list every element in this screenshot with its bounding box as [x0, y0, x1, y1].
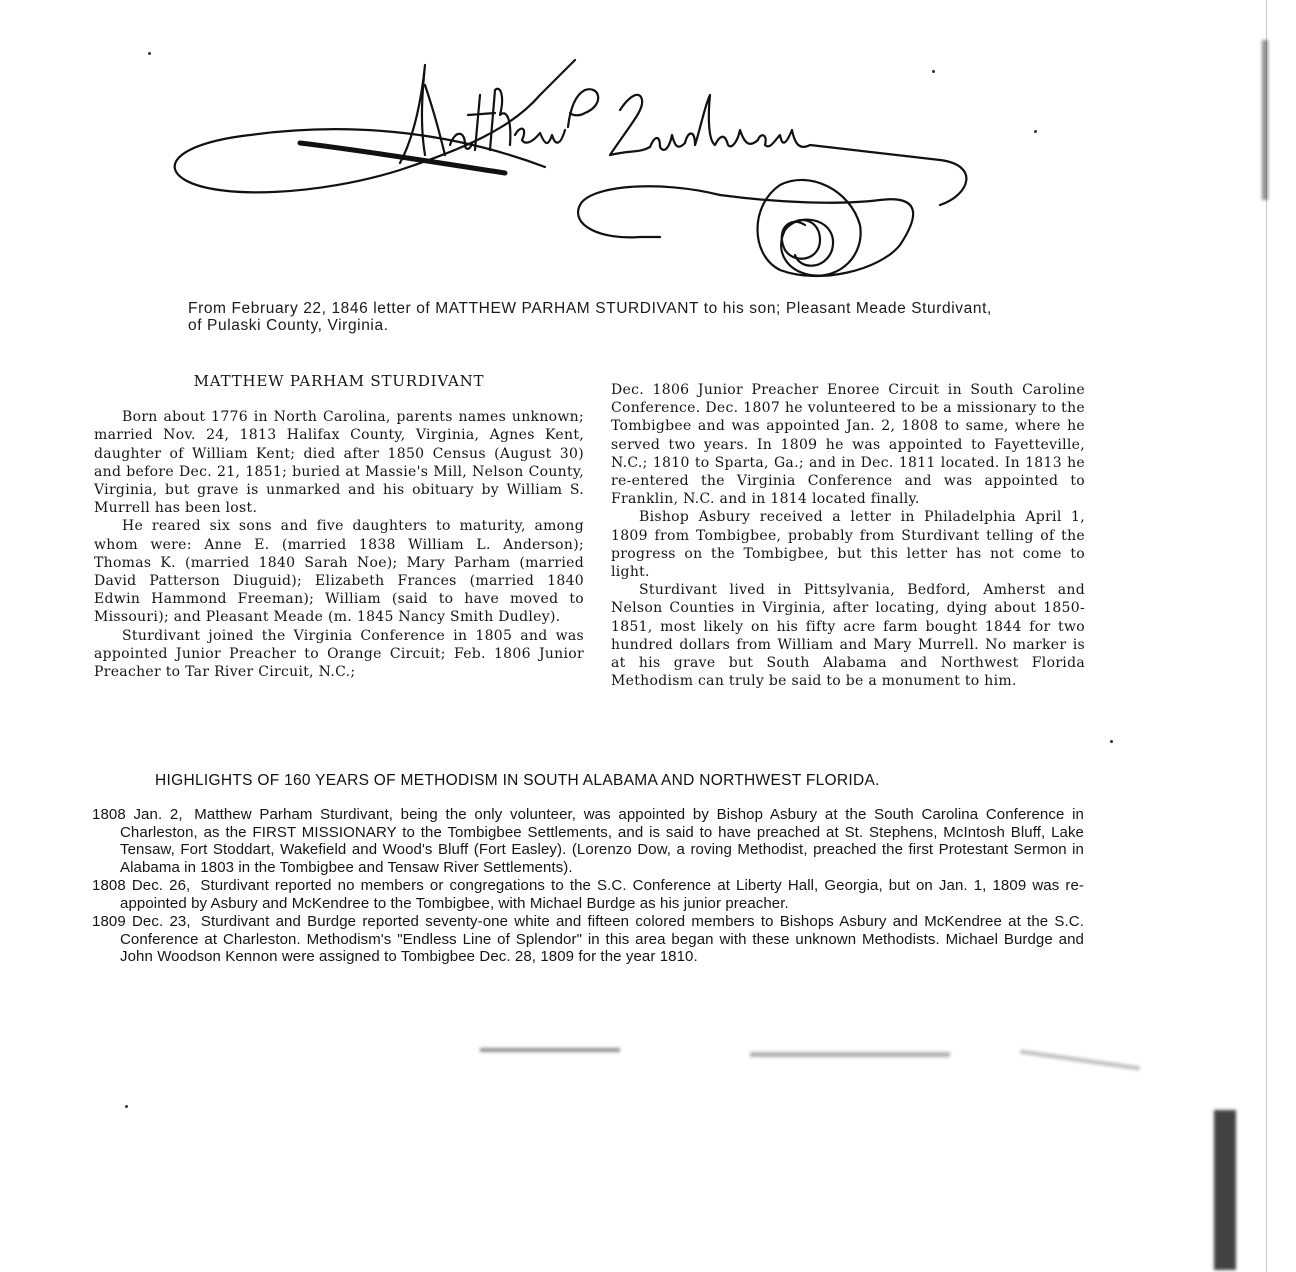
scan-artifact — [148, 52, 151, 55]
scan-artifact — [750, 1052, 950, 1057]
entry-date: 1809 Dec. 23, — [92, 913, 191, 930]
biography-paragraph: Dec. 1806 Junior Preacher Enoree Circuit… — [611, 381, 1085, 508]
biography-paragraph: Sturdivant lived in Pittsylvania, Bedfor… — [611, 581, 1085, 690]
scan-artifact — [1020, 1050, 1139, 1071]
scan-artifact — [125, 1105, 128, 1108]
highlight-entry: 1808 Dec. 26, Sturdivant reported no mem… — [92, 877, 1084, 912]
entry-date: 1808 Dec. 26, — [92, 877, 190, 894]
signature-caption: From February 22, 1846 letter of MATTHEW… — [188, 300, 998, 334]
scan-artifact — [1214, 1110, 1236, 1270]
entry-date: 1808 Jan. 2, — [92, 806, 183, 823]
biography-paragraph: Bishop Asbury received a letter in Phila… — [611, 508, 1085, 581]
highlights-title: HIGHLIGHTS OF 160 YEARS OF METHODISM IN … — [155, 772, 1035, 790]
scan-artifact — [1262, 40, 1268, 200]
biography-left-column: MATTHEW PARHAM STURDIVANT Born about 177… — [94, 372, 584, 681]
biography-paragraph: Sturdivant joined the Virginia Conferenc… — [94, 627, 584, 682]
scan-artifact — [1110, 740, 1113, 743]
highlight-entry: 1808 Jan. 2, Matthew Parham Sturdivant, … — [92, 806, 1084, 876]
biography-paragraph: He reared six sons and five daughters to… — [94, 517, 584, 626]
signature — [160, 55, 1020, 285]
entry-text: Matthew Parham Sturdivant, being the onl… — [120, 806, 1084, 876]
biography-paragraph: Born about 1776 in North Carolina, paren… — [94, 408, 584, 517]
scan-artifact — [1266, 0, 1267, 1272]
highlights-list: 1808 Jan. 2, Matthew Parham Sturdivant, … — [92, 806, 1084, 967]
scan-artifact — [480, 1048, 620, 1052]
scan-artifact — [932, 70, 935, 73]
entry-text: Sturdivant and Burdge reported seventy-o… — [120, 913, 1084, 965]
highlight-entry: 1809 Dec. 23, Sturdivant and Burdge repo… — [92, 913, 1084, 966]
biography-right-column: Dec. 1806 Junior Preacher Enoree Circuit… — [611, 381, 1085, 690]
entry-text: Sturdivant reported no members or congre… — [120, 877, 1084, 912]
biography-title: MATTHEW PARHAM STURDIVANT — [94, 372, 584, 390]
scan-artifact — [1034, 130, 1037, 133]
